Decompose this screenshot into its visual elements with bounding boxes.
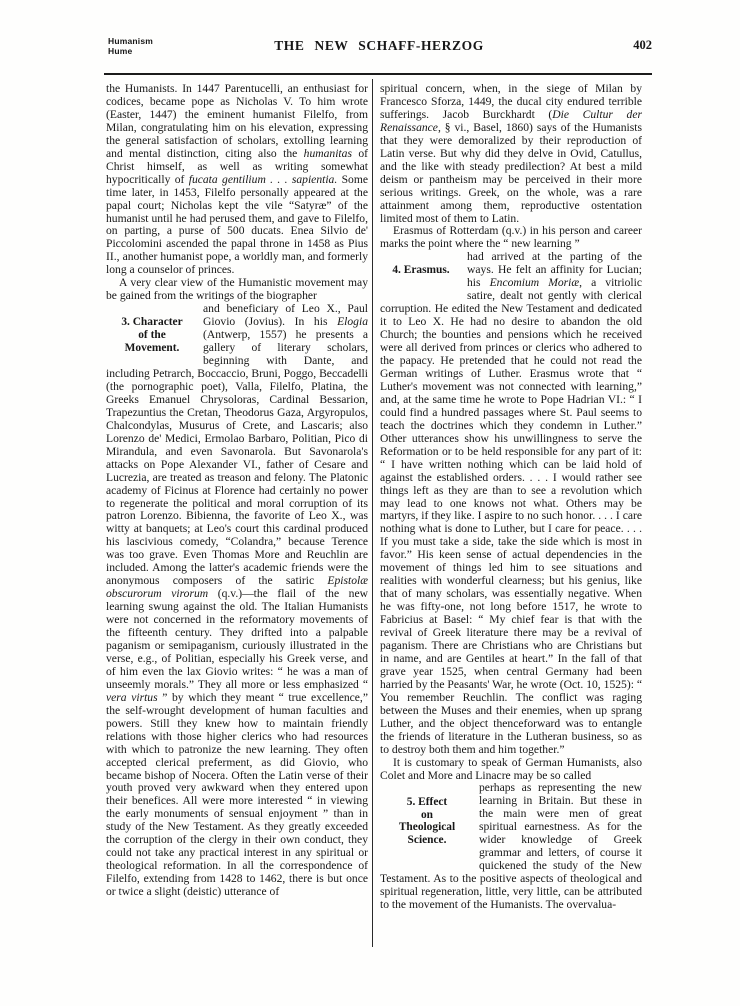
section-heading-effect-on-theological-science: 5. EffectonTheologicalScience. [380,782,474,860]
column-divider-rule [372,79,373,947]
section-heading-character-of-the-movement: 3. Characterof theMovement. [106,303,198,367]
right-column: spiritual concern, when, in the siege of… [380,83,642,912]
page-header: Humanism Hume THE NEW SCHAFF-HERZOG 402 [106,34,652,70]
page-number: 402 [633,38,652,53]
paragraph: had arrived at the parting of the ways. … [380,251,642,756]
paragraph: Erasmus of Rotterdam (q.v.) in his perso… [380,225,642,251]
paragraph: A very clear view of the Humanistic move… [106,277,368,303]
paragraph-continuation: the Humanists. In 1447 Parentucelli, an … [106,83,368,277]
paragraph: It is customary to speak of German Human… [380,757,642,783]
paragraph-continuation: spiritual concern, when, in the siege of… [380,83,642,225]
left-column: the Humanists. In 1447 Parentucelli, an … [106,83,368,899]
page-title: THE NEW SCHAFF-HERZOG [106,38,652,54]
section-heading-erasmus: 4. Erasmus. [380,251,462,290]
header-rule [104,73,652,75]
paragraph: and beneficiary of Leo X., Paul Giovio (… [106,303,368,899]
scanned-encyclopedia-page: Humanism Hume THE NEW SCHAFF-HERZOG 402 … [0,0,740,1006]
